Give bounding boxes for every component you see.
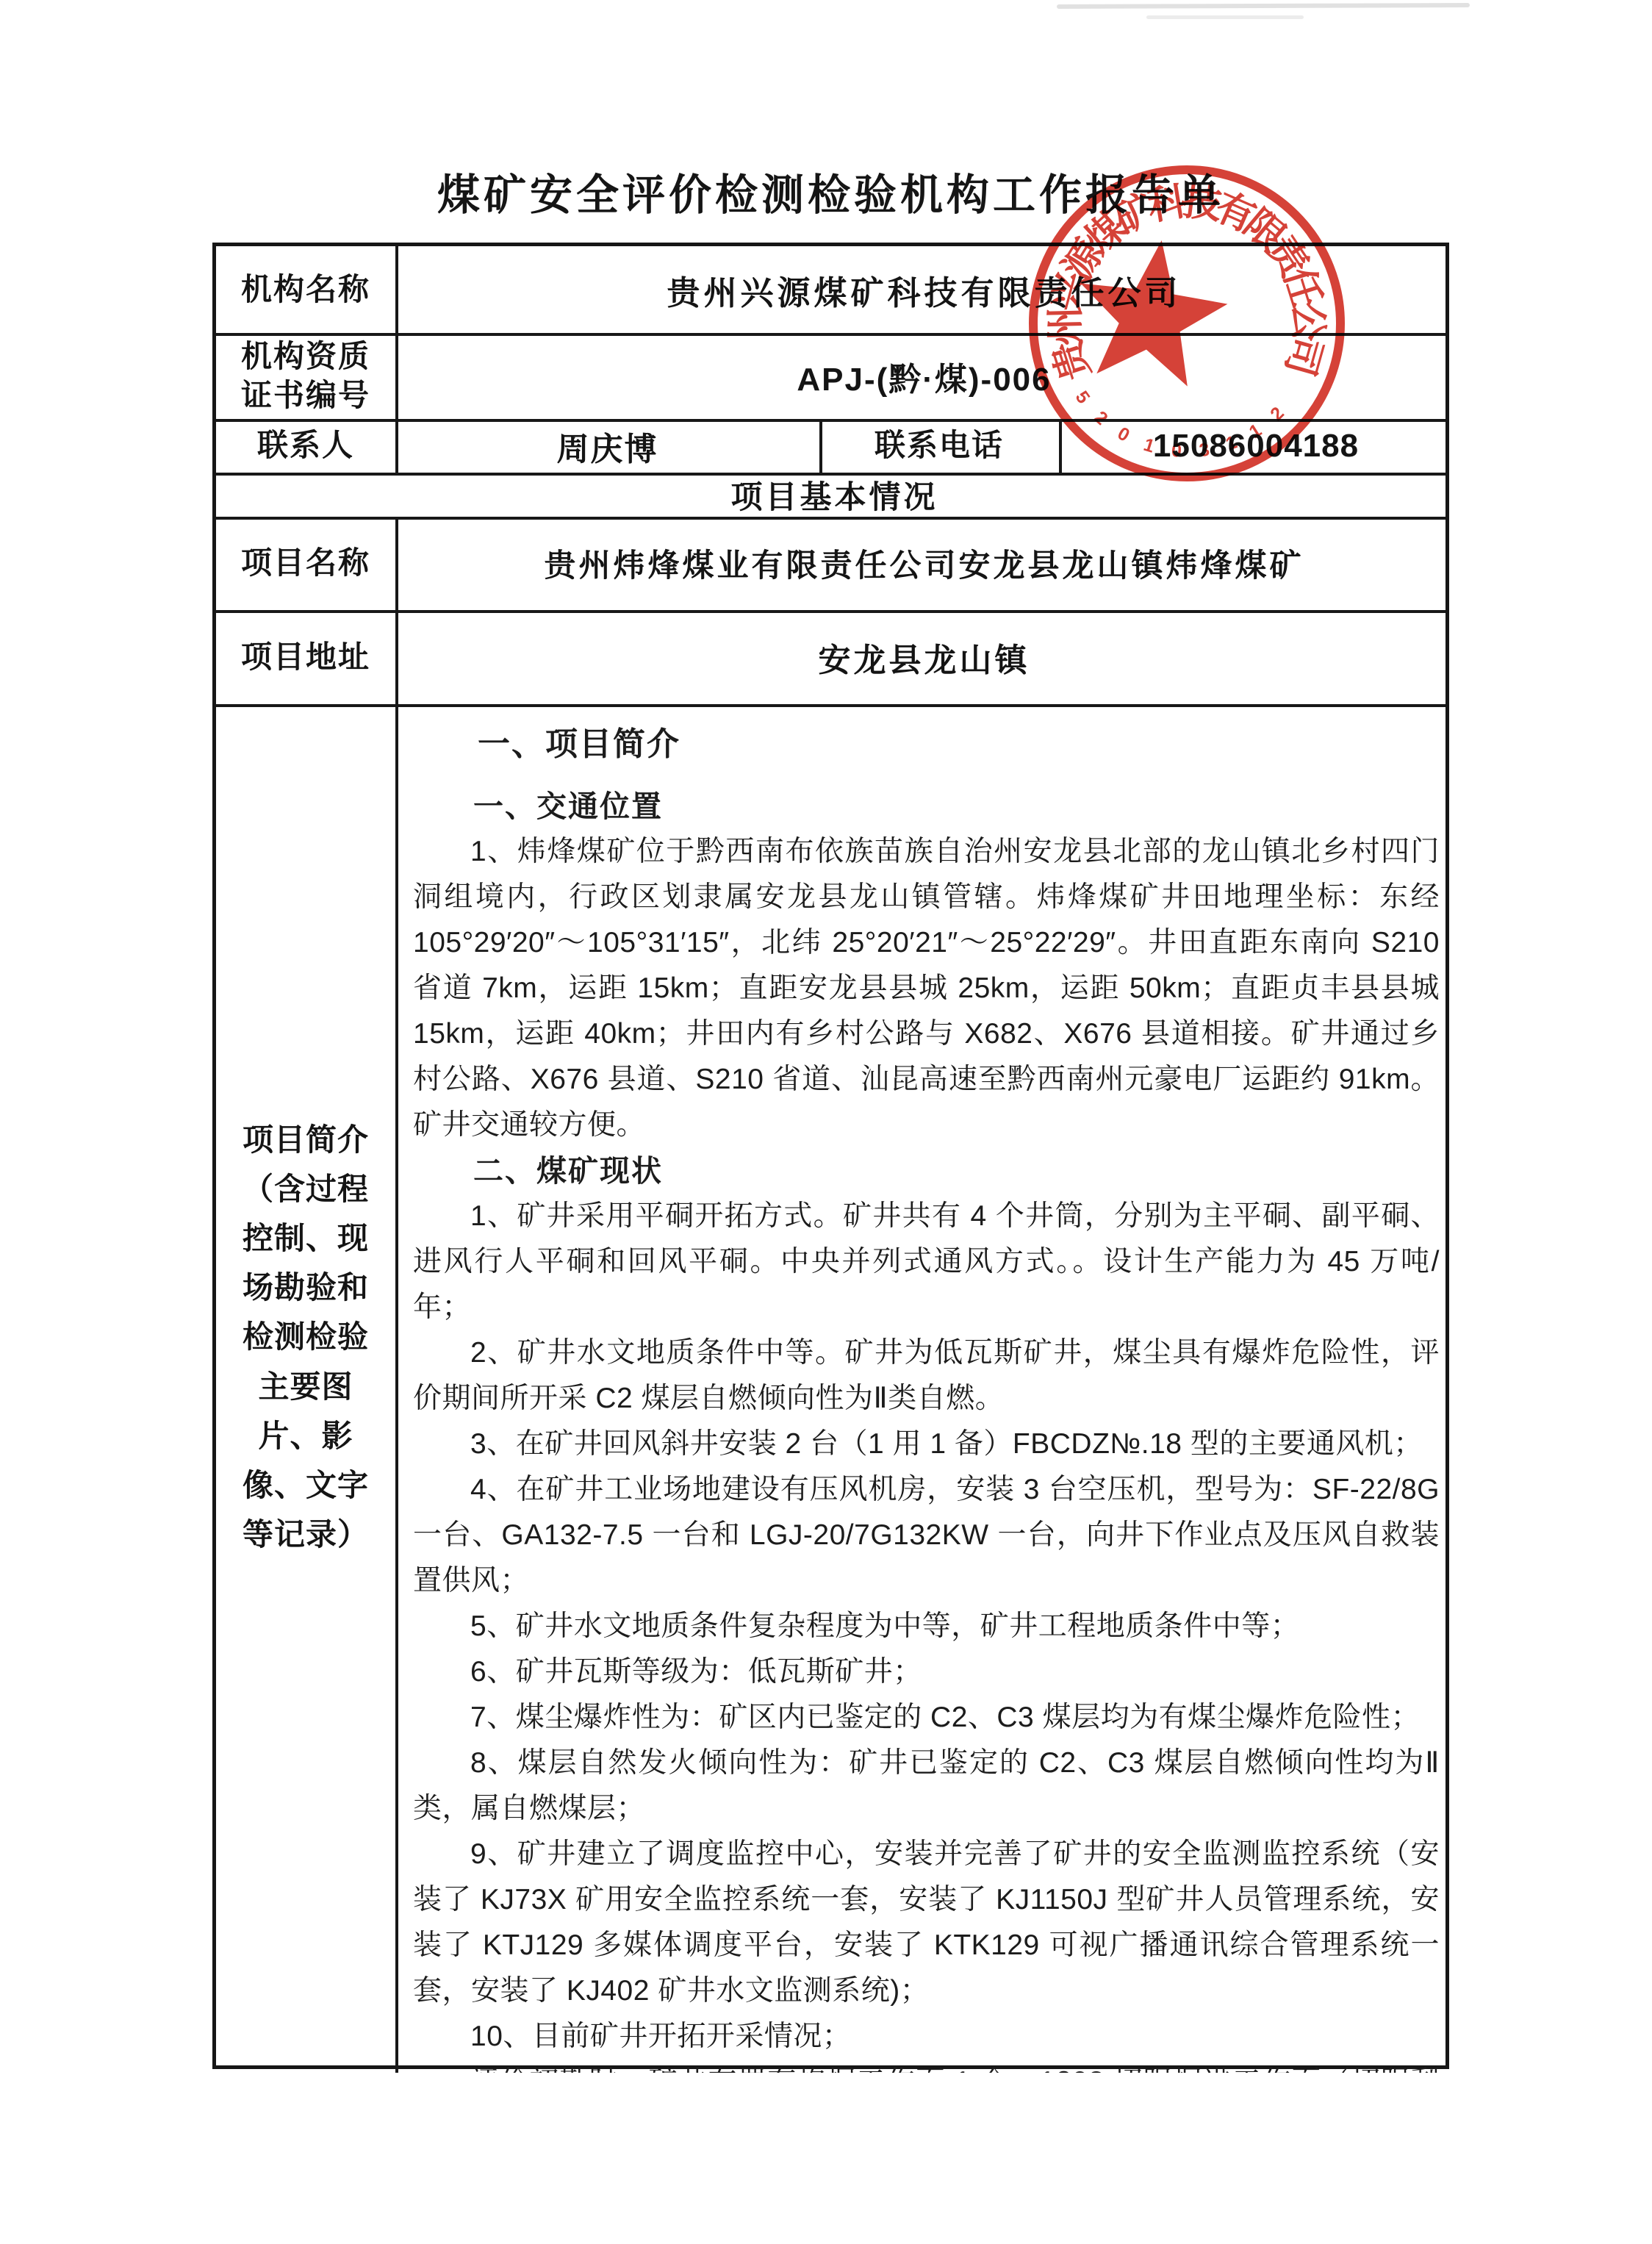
cert-no-label-line1: 机构资质 (241, 337, 370, 376)
cert-no-value: APJ-(黔·煤)-006 (395, 333, 1453, 419)
intro-paragraph: 4、在矿井工业场地建设有压风机房，安装 3 台空压机，型号为：SF-22/8G … (413, 1467, 1440, 1604)
cert-no-label-line2: 证书编号 (241, 376, 370, 415)
phone-label: 联系电话 (819, 419, 1059, 473)
scanned-report-page: 煤矿安全评价检测检验机构工作报告单 机构名称 贵州兴源煤矿科技有限责任公司 机构… (0, 0, 1652, 2244)
org-name-label: 机构名称 (216, 246, 395, 333)
intro-label: 项目简介（含过程控制、现场勘验和检测检验主要图片、影像、文字等记录） (237, 1115, 375, 1560)
page-title: 煤矿安全评价检测检验机构工作报告单 (212, 160, 1449, 222)
intro-content: 一、项目简介一、交通位置1、炜烽煤矿位于黔西南布依族苗族自治州安龙县北部的龙山镇… (395, 704, 1453, 2073)
contact-label: 联系人 (216, 419, 395, 473)
scan-artifact (1057, 3, 1470, 9)
project-address-value: 安龙县龙山镇 (395, 610, 1453, 704)
org-name-value: 贵州兴源煤矿科技有限责任公司 (395, 246, 1453, 333)
report-table: 机构名称 贵州兴源煤矿科技有限责任公司 机构资质 证书编号 APJ-(黔·煤)-… (212, 243, 1449, 2069)
project-address-label: 项目地址 (216, 610, 395, 704)
intro-paragraph: 2、矿井水文地质条件中等。矿井为低瓦斯矿井，煤尘具有爆炸危险性，评价期间所开采 … (413, 1330, 1440, 1422)
cert-no-label: 机构资质 证书编号 (216, 333, 395, 419)
intro-paragraph: 评价初勘时：矿井布置有炮掘工作面 1 个，1208 切眼掘进工作面（切眼剩余长 … (413, 2060, 1440, 2073)
intro-paragraph: 1、矿井采用平硐开拓方式。矿井共有 4 个井筒，分别为主平硐、副平硐、进风行人平… (413, 1194, 1440, 1330)
project-name-value: 贵州炜烽煤业有限责任公司安龙县龙山镇炜烽煤矿 (395, 517, 1453, 610)
intro-label-cell: 项目简介（含过程控制、现场勘验和检测检验主要图片、影像、文字等记录） (216, 704, 395, 2073)
phone-value: 15086004188 (1059, 419, 1453, 473)
intro-heading: 二、煤矿现状 (413, 1148, 1440, 1194)
contact-name: 周庆博 (395, 419, 819, 473)
intro-paragraph: 1、炜烽煤矿位于黔西南布依族苗族自治州安龙县北部的龙山镇北乡村四门洞组境内，行政… (413, 829, 1440, 1148)
intro-heading: 一、交通位置 (413, 784, 1440, 829)
intro-paragraph: 7、煤尘爆炸性为：矿区内已鉴定的 C2、C3 煤层均为有煤尘爆炸危险性； (413, 1695, 1440, 1741)
scan-artifact (1146, 15, 1304, 19)
intro-paragraph: 6、矿井瓦斯等级为：低瓦斯矿井； (413, 1649, 1440, 1695)
intro-paragraph: 3、在矿井回风斜井安装 2 台（1 用 1 备）FBCDZ№.18 型的主要通风… (413, 1422, 1440, 1467)
intro-paragraph: 5、矿井水文地质条件复杂程度为中等，矿井工程地质条件中等； (413, 1604, 1440, 1649)
intro-paragraph: 9、矿井建立了调度监控中心，安装并完善了矿井的安全监测监控系统（安装了 KJ73… (413, 1832, 1440, 2014)
intro-paragraph: 10、目前矿井开拓开采情况； (413, 2014, 1440, 2060)
intro-heading: 一、项目简介 (413, 722, 1440, 767)
intro-paragraph: 8、煤层自然发火倾向性为：矿井已鉴定的 C2、C3 煤层自燃倾向性均为Ⅱ类，属自… (413, 1741, 1440, 1832)
section-header: 项目基本情况 (216, 473, 1453, 517)
project-name-label: 项目名称 (216, 517, 395, 610)
